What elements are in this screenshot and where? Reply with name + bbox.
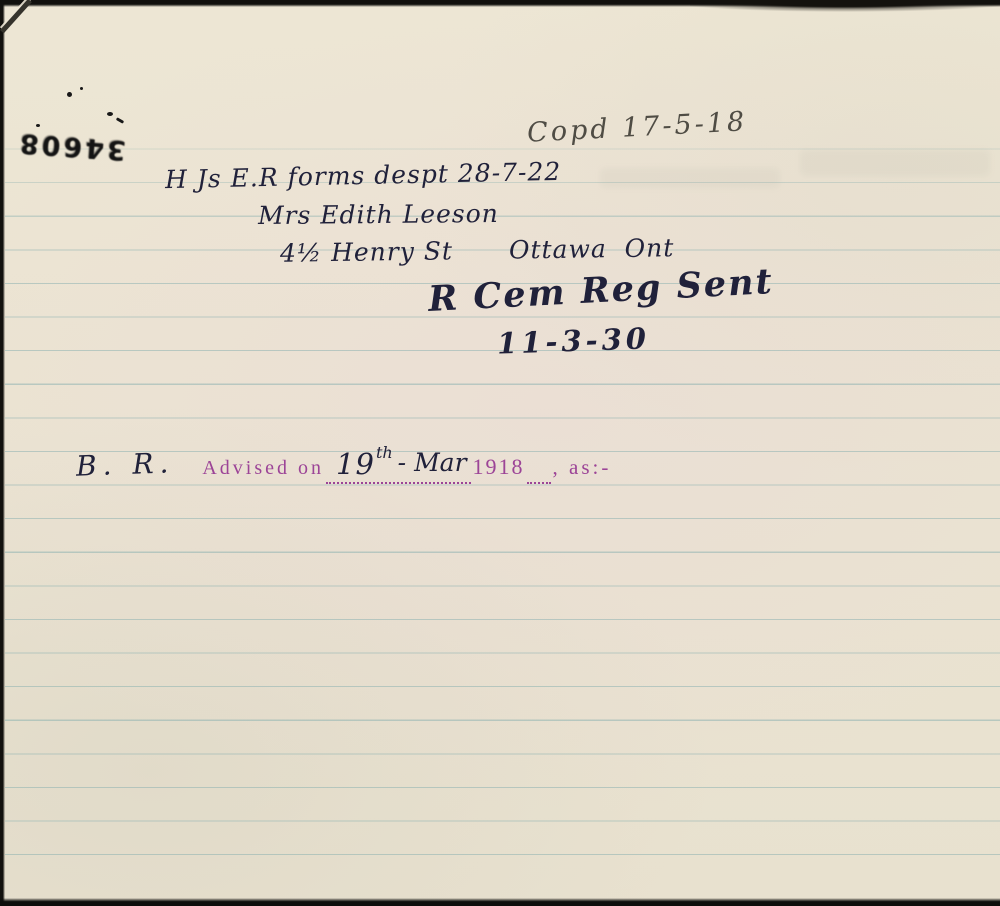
stamp-advised-on-label: Advised on [202,457,324,480]
bleed-through-smudge [800,150,990,176]
stamp-year: 1918 [473,454,525,480]
ruled-paper-lines [5,116,1000,870]
address-street: 4½ Henry St [280,236,453,267]
advised-stamp-row: B. R. Advised on 19 th - Mar 1918 , as:- [76,447,611,484]
ink-speck [80,87,83,90]
scanned-ledger-card: 34608 Copd 17-5-18 H Js E.R forms despt … [0,0,1000,906]
scan-edge-left [0,0,5,906]
handwritten-day-ordinal: th [376,443,393,462]
address-gap [453,259,509,260]
scan-edge-top-blotch [690,0,1000,12]
ink-speck [36,124,40,127]
stamp-as-suffix: , as:- [553,455,612,480]
bleed-through-smudge [600,168,780,188]
handwritten-month: - Mar [398,448,467,477]
stamp-date-dotted-line: 19 th - Mar [326,447,471,484]
stamp-dotted-leader [527,480,551,484]
note-address: 4½ Henry StOttawa Ont [280,233,675,268]
ink-speck [107,112,113,116]
address-city: Ottawa Ont [509,233,675,264]
ink-speck [67,92,72,97]
initials-br: B. R. [75,446,174,482]
note-addressee-name: Mrs Edith Leeson [258,199,499,230]
note-cem-reg-date: 11-3-30 [496,321,650,360]
handwritten-day: 19 [336,447,375,481]
scan-edge-bottom [0,898,1000,906]
